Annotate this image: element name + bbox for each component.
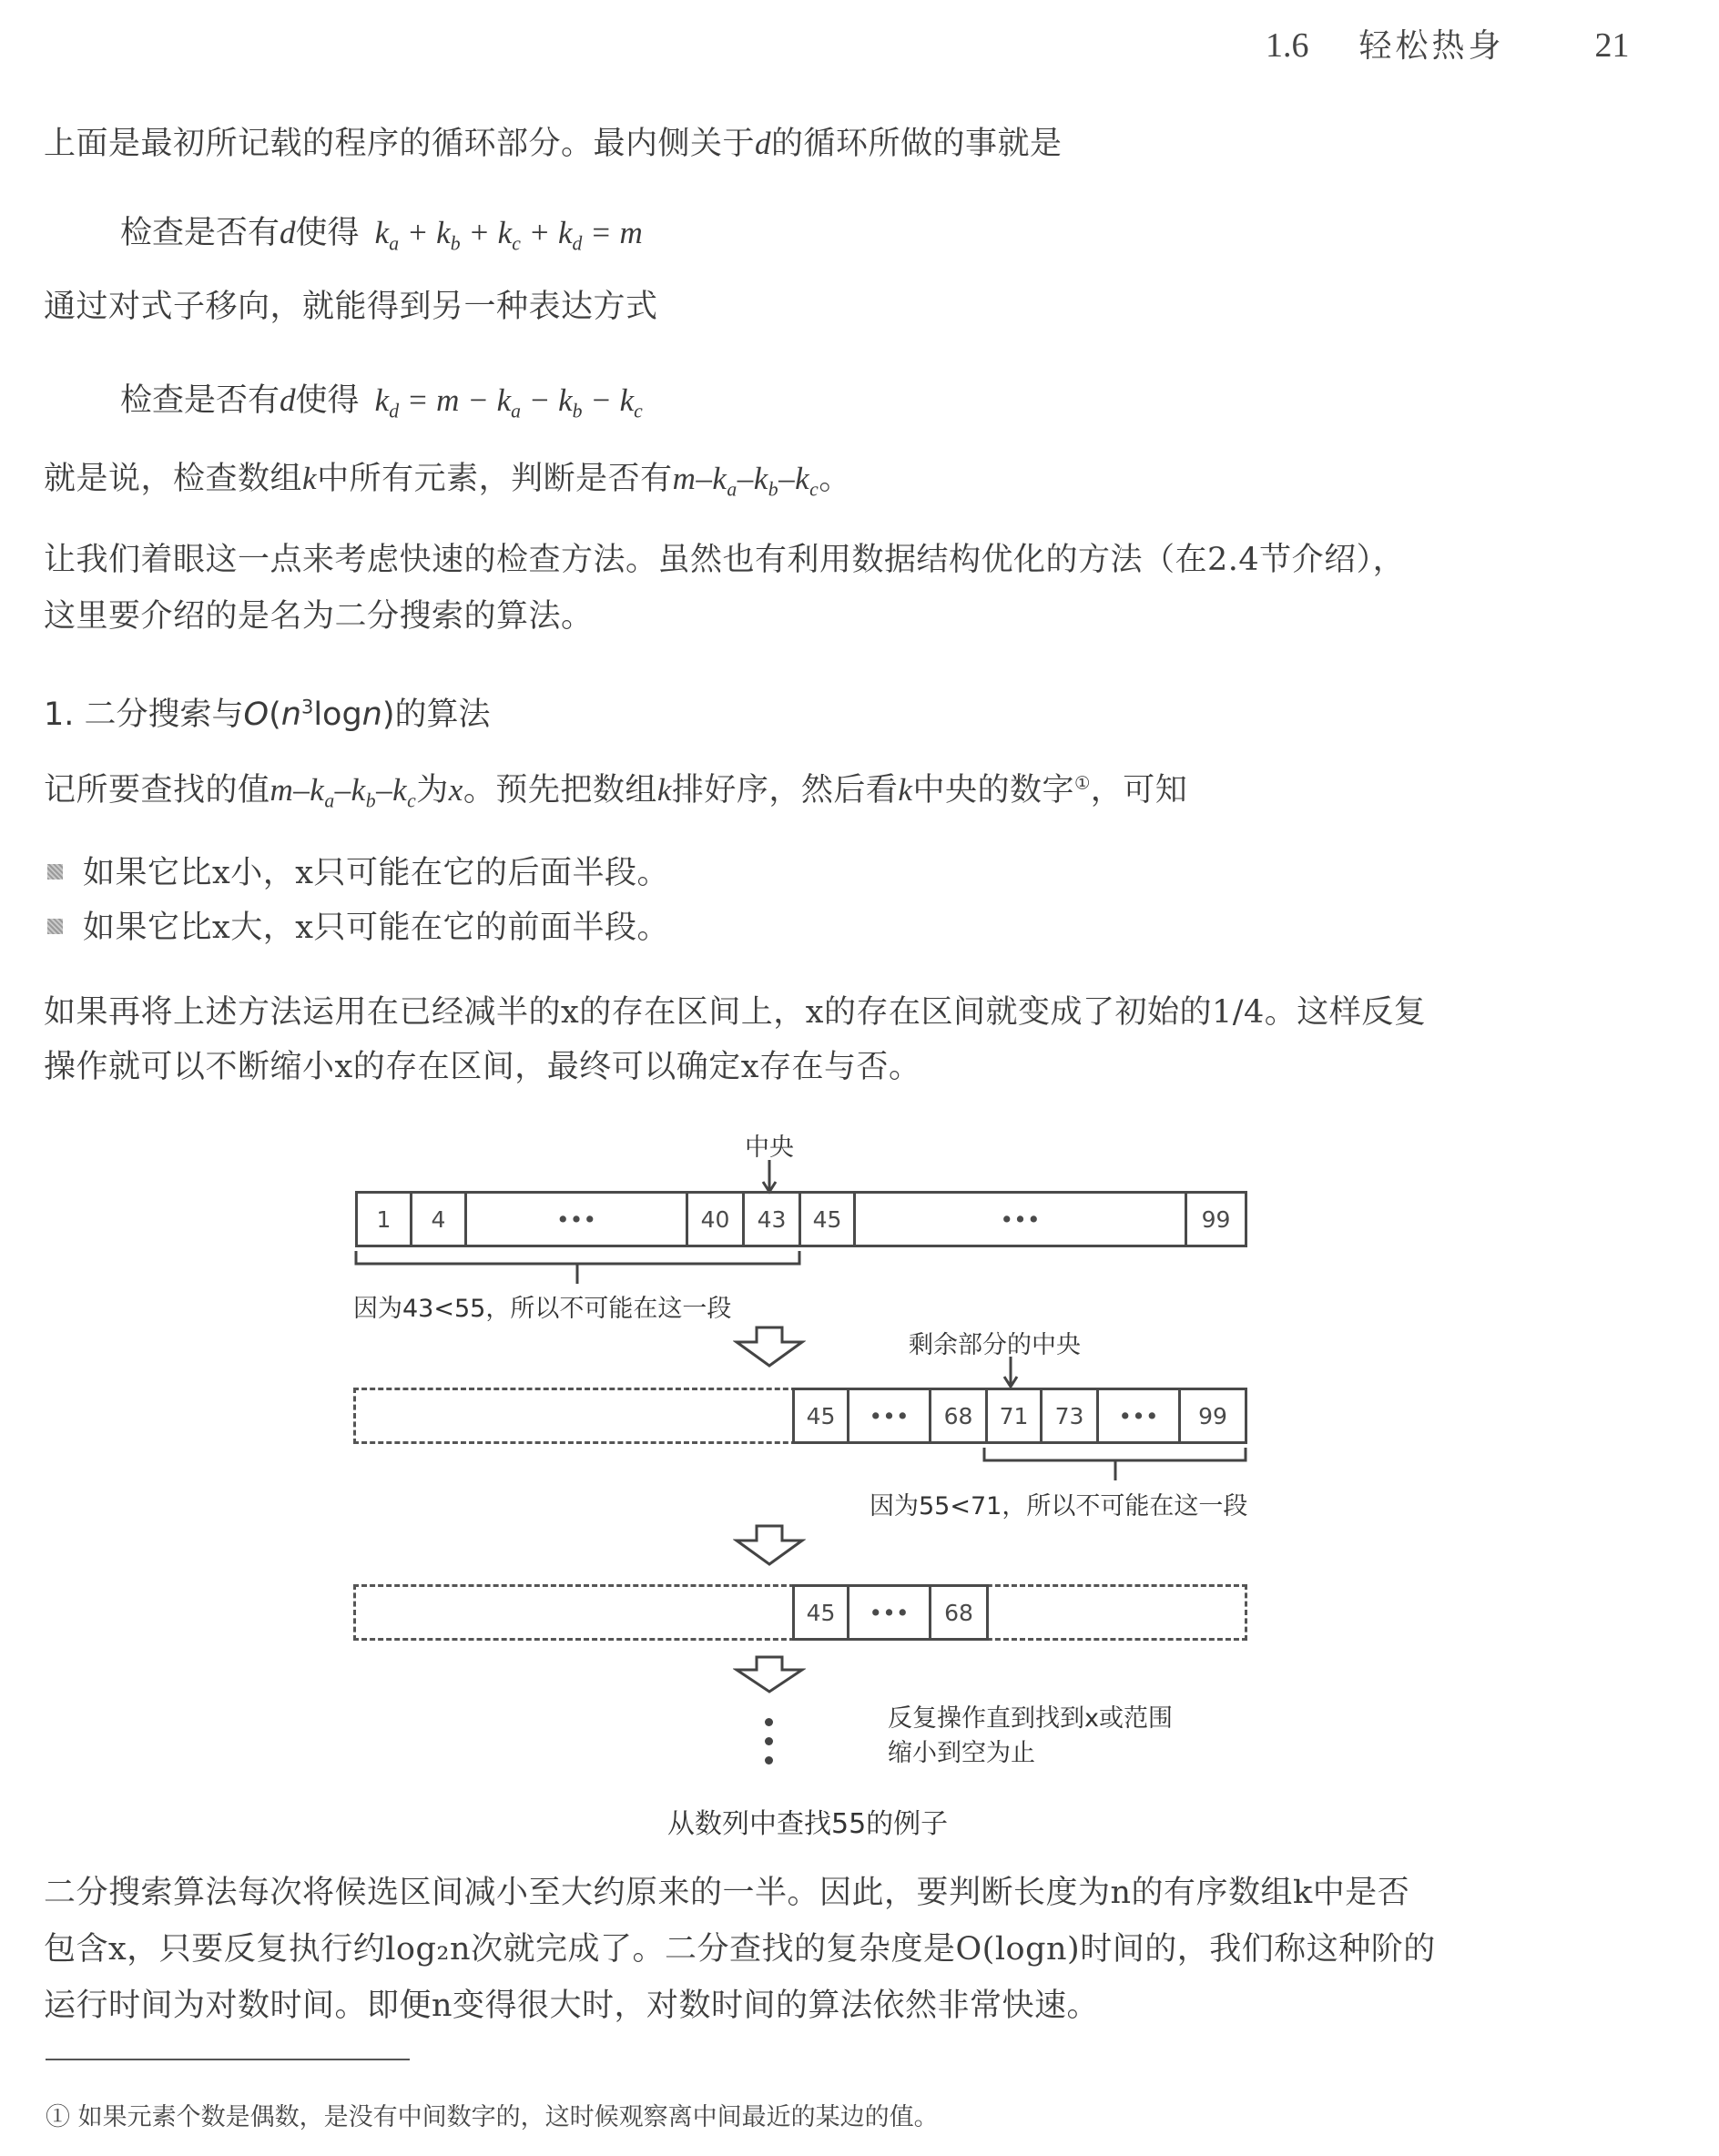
paragraph-1: 上面是最初所记载的程序的循环部分。最内侧关于d的循环所做的事就是: [44, 127, 1063, 160]
array-row-2: 45 ••• 68 71 73 ••• 99: [792, 1388, 1247, 1444]
formula-text: 检查是否有: [120, 382, 280, 419]
paragraph-text: 。预先把数组: [463, 772, 657, 808]
math-var: k: [898, 772, 912, 808]
paragraph-text: 就是说，检查数组: [44, 461, 302, 497]
array-cell-ellipsis: •••: [467, 1194, 688, 1245]
array-cell: 68: [931, 1390, 988, 1441]
array-row-3: 45 ••• 68: [792, 1584, 989, 1641]
brace-note-1: 因为43<55，所以不可能在这一段: [353, 1288, 731, 1324]
brace-note-2: 因为55<71，所以不可能在这一段: [870, 1486, 1247, 1521]
array-cell-ellipsis: •••: [849, 1587, 931, 1638]
footnote-divider: [46, 2059, 410, 2060]
math-var: d: [280, 382, 296, 418]
hollow-down-arrow-icon: [733, 1326, 806, 1369]
bullet-text: 如果它比x大，x只可能在它的前面半段。: [83, 910, 669, 946]
paragraph-text: 的循环所做的事就是: [771, 126, 1063, 162]
formula-1: 检查是否有d使得 ka + kb + kc + kd = m: [120, 208, 643, 256]
math-var: d: [280, 215, 296, 250]
paragraph-7-line-1: 二分搜索算法每次将候选区间减小至大约原来的一半。因此，要判断长度为n的有序数组k…: [44, 1877, 1409, 1909]
section-number: 1.6: [1266, 26, 1309, 65]
running-header: 1.6 轻松热身 21: [1266, 20, 1630, 66]
formula-expression: ka + kb + kc + kd = m: [375, 215, 643, 250]
array-cell: 73: [1043, 1390, 1099, 1441]
array-cell: 1: [358, 1194, 412, 1245]
paragraph-7-line-2: 包含x，只要反复执行约log₂n次就完成了。二分查找的复杂度是O(logn)时间…: [44, 1934, 1436, 1966]
formula-2: 检查是否有d使得 kd = m − ka − kb − kc: [120, 375, 643, 423]
footnote: ① 如果元素个数是偶数，是没有中间数字的，这时候观察离中间最近的某边的值。: [46, 2097, 939, 2132]
array-cell: 45: [795, 1587, 849, 1638]
math-var: k: [657, 772, 672, 808]
paragraph-2: 通过对式子移向，就能得到另一种表达方式: [44, 291, 658, 323]
eliminated-region: [353, 1388, 805, 1444]
eliminated-region: [353, 1584, 1247, 1641]
formula-text: 使得: [296, 382, 360, 419]
page-number: 21: [1595, 26, 1630, 65]
math-var: x: [449, 772, 463, 808]
footnote-text: 如果元素个数是偶数，是没有中间数字的，这时候观察离中间最近的某边的值。: [78, 2103, 939, 2131]
paragraph-6-line-1: 如果再将上述方法运用在已经减半的x的存在区间上，x的存在区间就变成了初始的1/4…: [44, 997, 1426, 1029]
formula-expression: kd = m − ka − kb − kc: [375, 382, 643, 418]
hollow-down-arrow-icon: [733, 1524, 806, 1568]
paragraph-text: ，可知: [1091, 772, 1188, 808]
bullet-item: 如果它比x大，x只可能在它的前面半段。: [47, 912, 669, 944]
array-cell: 99: [1181, 1390, 1245, 1441]
repeat-note-line-2: 缩小到空为止: [888, 1733, 1035, 1768]
array-cell: 45: [795, 1390, 849, 1441]
section-title: 轻松热身: [1359, 27, 1505, 65]
down-arrow-icon: [760, 1160, 778, 1195]
footnote-marker: ①: [46, 2103, 70, 2131]
bullet-item: 如果它比x小，x只可能在它的后面半段。: [47, 858, 669, 890]
section-heading: 1. 二分搜索与O(n3logn)的算法: [44, 689, 491, 735]
array-cell: 4: [412, 1194, 467, 1245]
array-cell-ellipsis: •••: [856, 1194, 1187, 1245]
paragraph-text: 。: [819, 461, 851, 497]
array-cell: 68: [931, 1587, 986, 1638]
paragraph-text: 中央的数字: [912, 772, 1074, 808]
array-cell-middle: 71: [988, 1390, 1043, 1441]
formula-text: 使得: [296, 215, 360, 251]
paragraph-3: 就是说，检查数组k中所有元素，判断是否有m–ka–kb–kc。: [44, 463, 851, 500]
array-cell: 40: [688, 1194, 745, 1245]
square-bullet-icon: [47, 919, 63, 934]
paragraph-text: 排好序，然后看: [672, 772, 899, 808]
formula-text: 检查是否有: [120, 215, 280, 251]
paragraph-text: 中所有元素，判断是否有: [317, 461, 673, 497]
vertical-ellipsis-icon: [765, 1718, 773, 1775]
paragraph-5: 记所要查找的值m–ka–kb–kc为x。预先把数组k排好序，然后看k中央的数字①…: [44, 774, 1187, 811]
array-cell-middle: 43: [745, 1194, 801, 1245]
array-cell: 45: [801, 1194, 856, 1245]
repeat-note-line-1: 反复操作直到找到x或范围: [888, 1698, 1173, 1734]
remaining-middle-label: 剩余部分的中央: [909, 1325, 1081, 1360]
brace-left-half: [353, 1251, 809, 1287]
paragraph-text: 为: [416, 772, 449, 808]
down-arrow-icon: [1002, 1357, 1020, 1389]
bullet-text: 如果它比x小，x只可能在它的后面半段。: [83, 855, 669, 891]
paragraph-7-line-3: 运行时间为对数时间。即便n变得很大时，对数时间的算法依然非常快速。: [44, 1990, 1099, 2022]
figure-caption: 从数列中查找55的例子: [667, 1801, 948, 1841]
square-bullet-icon: [47, 864, 63, 880]
footnote-reference[interactable]: ①: [1074, 772, 1091, 793]
paragraph-4-line-2: 这里要介绍的是名为二分搜索的算法。: [44, 601, 594, 633]
paragraph-6-line-2: 操作就可以不断缩小x的存在区间，最终可以确定x存在与否。: [44, 1052, 921, 1083]
brace-right-half: [982, 1448, 1255, 1484]
array-cell-ellipsis: •••: [1099, 1390, 1181, 1441]
math-expression: m–ka–kb–kc: [673, 461, 819, 496]
paragraph-4-line-1: 让我们着眼这一点来考虑快速的检查方法。虽然也有利用数据结构优化的方法（在2.4节…: [44, 544, 1405, 576]
math-var: k: [302, 461, 317, 496]
hollow-down-arrow-icon: [733, 1655, 806, 1693]
middle-label: 中央: [745, 1127, 794, 1163]
array-row-1: 1 4 ••• 40 43 45 ••• 99: [355, 1191, 1247, 1247]
paragraph-text: 上面是最初所记载的程序的循环部分。最内侧关于: [44, 126, 755, 162]
math-expression: m–ka–kb–kc: [270, 772, 417, 808]
array-cell: 99: [1187, 1194, 1245, 1245]
paragraph-text: 记所要查找的值: [44, 772, 270, 808]
math-var: d: [755, 126, 771, 161]
array-cell-ellipsis: •••: [849, 1390, 931, 1441]
